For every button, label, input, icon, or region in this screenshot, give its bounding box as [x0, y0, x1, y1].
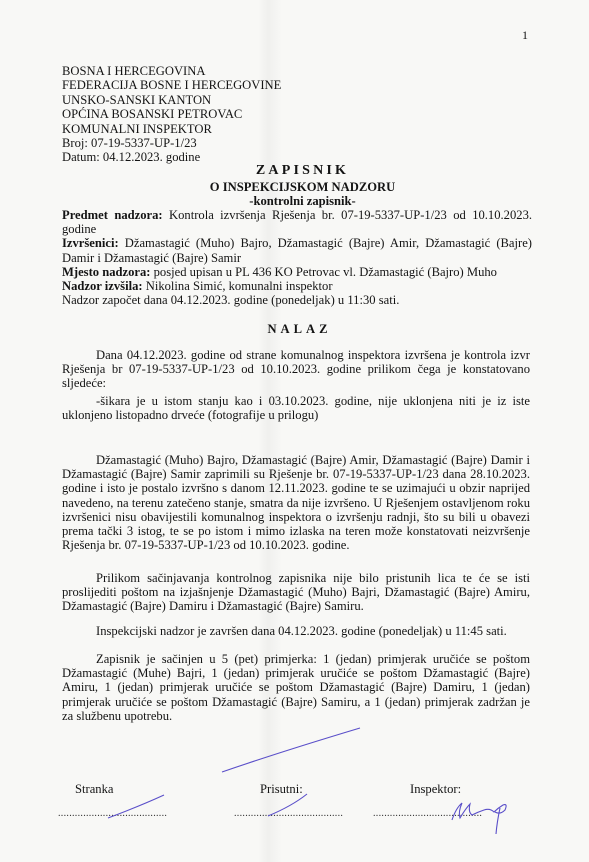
header-office: KOMUNALNI INSPEKTOR: [62, 122, 281, 136]
header-federation: FEDERACIJA BOSNE I HERCEGOVINE: [62, 78, 281, 92]
inspector-row: Nadzor izvšila: Nikolina Simić, komunaln…: [62, 279, 532, 293]
paragraph-text: -šikara je u istom stanju kao i 03.10.20…: [62, 394, 530, 422]
paragraph-text: Dana 04.12.2023. godine od strane komuna…: [62, 348, 530, 390]
executors-row: Izvršenici: Džamastagić (Muho) Bajro, Dž…: [62, 236, 532, 264]
inspector-label: Nadzor izvšila:: [62, 279, 143, 293]
start-time-row: Nadzor započet dana 04.12.2023. godine (…: [62, 293, 532, 307]
paragraph-text: Prilikom sačinjavanja kontrolnog zapisni…: [62, 571, 530, 613]
document-subtitle: O INSPEKCIJSKOM NADZORU: [8, 180, 589, 195]
subject-label: Predmet nadzora:: [62, 208, 163, 222]
header-canton: UNSKO-SANSKI KANTON: [62, 93, 281, 107]
signature-party-label: Stranka: [75, 782, 113, 797]
header-municipality: OPĆINA BOSANSKI PETROVAC: [62, 107, 281, 121]
signature-party: Stranka ................................…: [75, 782, 113, 797]
executors-label: Izvršenici:: [62, 236, 119, 250]
signature-inspector: Inspektor: .............................…: [410, 782, 461, 797]
header-country: BOSNA I HERCEGOVINA: [62, 64, 281, 78]
inspector-value: Nikolina Simić, komunalni inspektor: [143, 279, 333, 293]
findings-heading: NALAZ: [0, 322, 589, 337]
findings-paragraph-1: Dana 04.12.2023. godine od strane komuna…: [62, 348, 530, 391]
paragraph-text: Zapisnik je sačinjen u 5 (pet) primjerka…: [62, 652, 530, 723]
location-row: Mjesto nadzora: posjed upisan u PL 436 K…: [62, 265, 532, 279]
location-label: Mjesto nadzora:: [62, 265, 150, 279]
document-kind: -kontrolni zapisnik-: [8, 194, 589, 209]
signature-inspector-label: Inspektor:: [410, 782, 461, 797]
issuer-header: BOSNA I HERCEGOVINA FEDERACIJA BOSNE I H…: [62, 64, 281, 165]
ink-stroke-long: [222, 728, 360, 772]
findings-paragraph-2: -šikara je u istom stanju kao i 03.10.20…: [62, 394, 530, 422]
scanned-page: 1 BOSNA I HERCEGOVINA FEDERACIJA BOSNE I…: [0, 0, 589, 862]
signature-inspector-line: .......................................: [373, 808, 482, 819]
executors-value: Džamastagić (Muho) Bajro, Džamastagić (B…: [62, 236, 532, 264]
findings-paragraph-4: Prilikom sačinjavanja kontrolnog zapisni…: [62, 571, 530, 614]
paragraph-text: Inspekcijski nadzor je završen dana 04.1…: [96, 624, 507, 638]
header-reference-number: Broj: 07-19-5337-UP-1/23: [62, 136, 281, 150]
findings-paragraph-3: Džamastagić (Muho) Bajro, Džamastagić (B…: [62, 453, 530, 552]
copies-paragraph: Zapisnik je sačinjen u 5 (pet) primjerka…: [62, 652, 530, 723]
document-title: ZAPISNIK: [8, 163, 589, 179]
signature-present-line: .......................................: [234, 808, 343, 819]
subject-row: Predmet nadzora: Kontrola izvršenja Rješ…: [62, 208, 532, 236]
paragraph-text: Džamastagić (Muho) Bajro, Džamastagić (B…: [62, 453, 530, 552]
signature-present-label: Prisutni:: [260, 782, 303, 797]
inspection-metadata: Predmet nadzora: Kontrola izvršenja Rješ…: [62, 208, 532, 307]
completion-paragraph: Inspekcijski nadzor je završen dana 04.1…: [62, 624, 530, 638]
location-value: posjed upisan u PL 436 KO Petrovac vl. D…: [150, 265, 497, 279]
page-number: 1: [522, 28, 528, 43]
signature-present: Prisutni: ..............................…: [260, 782, 303, 797]
signature-party-line: .......................................: [58, 808, 167, 819]
